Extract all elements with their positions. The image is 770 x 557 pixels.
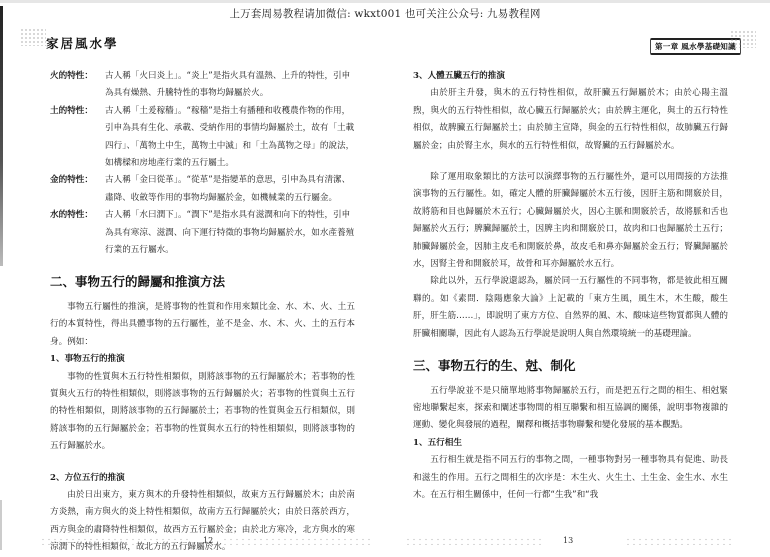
right-page-content: 3、人體五臟五行的推演 由於肝主升發，與木的五行特性相似，故肝臟五行歸屬於木；由… — [413, 68, 728, 504]
decorative-footer-dots — [40, 537, 190, 545]
trait-water: 水的特性： 古人稱「水曰潤下」。“潤下”是指水具有滋潤和向下的特性，引申為具有寒… — [50, 207, 355, 259]
left-page-content: 火的特性： 古人稱「火曰炎上」。“炎上”是指火具有溫熱、上升的特性，引申為具有燥… — [50, 68, 355, 557]
chapter-badge: 第一章 風水學基礎知識 — [650, 38, 741, 55]
page-number: 12 — [203, 536, 213, 545]
decorative-footer-dots — [222, 537, 372, 545]
subsection-heading: 2、方位五行的推演 — [50, 470, 355, 487]
paragraph: 事物五行屬性的推演，是將事物的性質和作用來類比金、水、木、火、土五行的本質特性，… — [50, 299, 355, 351]
trait-fire: 火的特性： 古人稱「火曰炎上」。“炎上”是指火具有溫熱、上升的特性，引申為具有燥… — [50, 68, 355, 103]
subsection-heading: 3、人體五臟五行的推演 — [413, 68, 728, 85]
section-heading: 三、事物五行的生、尅、制化 — [413, 357, 728, 374]
trait-metal: 金的特性： 古人稱「金曰從革」。“從革”是指變革的意思，引申為具有清潔、肅降、收… — [50, 172, 355, 207]
trait-key: 金的特性： — [50, 172, 105, 207]
paragraph: 由於日出東方，東方與木的升發特性相類似，故東方五行歸屬於木；由於南方炎熱，南方與… — [50, 487, 355, 557]
paragraph: 五行相生就是指不同五行的事物之間，一種事物對另一種事物具有促進、助長和滋生的作用… — [413, 452, 728, 504]
paragraph: 由於肝主升發，與木的五行特性相似，故肝臟五行歸屬於木；由於心陽主溫煦，與火的五行… — [413, 85, 728, 155]
spacer — [50, 456, 355, 470]
right-page: 第一章 風水學基礎知識 3、人體五臟五行的推演 由於肝主升發，與木的五行特性相似… — [385, 0, 770, 557]
page-number: 13 — [563, 536, 573, 545]
subsection-heading: 1、五行相生 — [413, 435, 728, 452]
subsection-heading: 1、事物五行的推演 — [50, 351, 355, 368]
trait-key: 火的特性： — [50, 68, 105, 103]
trait-key: 水的特性： — [50, 207, 105, 259]
left-page: 家居風水學 火的特性： 古人稱「火曰炎上」。“炎上”是指火具有溫熱、上升的特性，… — [0, 0, 385, 557]
decorative-spray-icon — [20, 28, 46, 46]
trait-value: 古人稱「金曰從革」。“從革”是指變革的意思，引申為具有清潔、肅降、收斂等作用的事… — [105, 172, 355, 207]
paragraph: 事物的性質與木五行特性相類似，則將該事物的五行歸屬於木；若事物的性質與火五行的特… — [50, 369, 355, 456]
paragraph: 除了運用取象類比的方法可以演繹事物的五行屬性外，還可以用間接的方法推演事物的五行… — [413, 169, 728, 273]
trait-value: 古人稱「火曰炎上」。“炎上”是指火具有溫熱、上升的特性，引申為具有燥熱、升騰特性… — [105, 68, 355, 103]
trait-earth: 土的特性： 古人稱「土爰稼穡」。“稼穡”是指土有播種和收穫農作物的作用，引申為具… — [50, 103, 355, 173]
decorative-footer-dots — [405, 537, 545, 545]
section-heading: 二、事物五行的歸屬和推演方法 — [50, 273, 355, 290]
trait-value: 古人稱「土爰稼穡」。“稼穡”是指土有播種和收穫農作物的作用，引申為具有生化、承載… — [105, 103, 355, 173]
spacer — [413, 155, 728, 169]
paragraph: 五行學說並不是只簡單地將事物歸屬於五行，而是把五行之間的相生、相尅緊密地聯繫起來… — [413, 383, 728, 435]
decorative-spray-icon — [730, 30, 756, 48]
trait-value: 古人稱「水曰潤下」。“潤下”是指水具有滋潤和向下的特性，引申為具有寒涼、滋潤、向… — [105, 207, 355, 259]
trait-key: 土的特性： — [50, 103, 105, 173]
decorative-footer-dots — [625, 537, 735, 545]
paragraph: 除此以外，五行學說還認為，屬於同一五行屬性的不同事物，都是彼此相互關聯的。如《素… — [413, 273, 728, 343]
book-title: 家居風水學 — [46, 34, 119, 52]
